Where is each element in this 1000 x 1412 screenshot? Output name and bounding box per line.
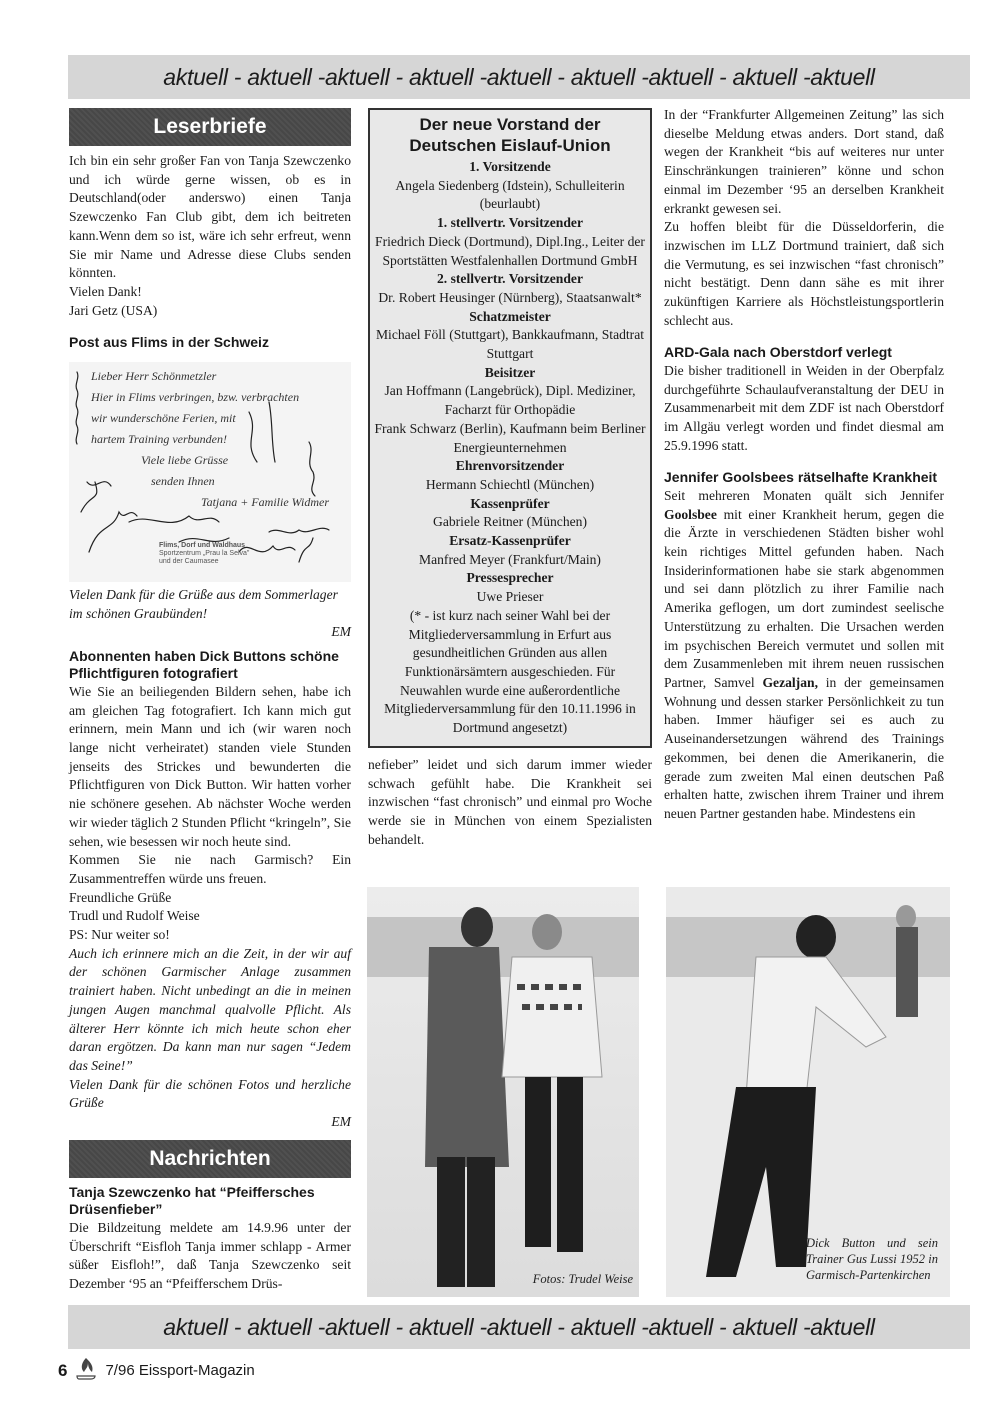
role-person: Gabriele Reitner (München) [374,513,646,532]
card-line: Lieber Herr Schönmetzler [91,366,329,387]
letter-ps: PS: Nur weiter so! [69,926,351,945]
letter-signature: Jari Getz (USA) [69,302,351,321]
role-label: 2. stellvertr. Vorsitzender [374,270,646,289]
column-middle: Der neue Vorstand der Deutschen Eislauf-… [368,108,652,849]
aktuell-banner-top: aktuell - aktuell -aktuell - aktuell -ak… [68,55,970,99]
photo-dick-button-skating: Dick Button und sein Trainer Gus Lussi 1… [666,887,950,1297]
role-label: Kassenprüfer [374,495,646,514]
editor-reply: Auch ich erinnere mich an die Zeit, in d… [69,945,351,1076]
photo-button-and-coach: Fotos: Trudel Weise [367,887,639,1297]
role-label: Ehrenvorsitzender [374,457,646,476]
vorstand-box: Der neue Vorstand der Deutschen Eislauf-… [368,108,652,748]
editor-initials: EM [69,623,351,642]
role-label: Ersatz-Kassenprüfer [374,532,646,551]
card-line: senden Ihnen [91,471,329,492]
card-line: Tatjana + Familie Widmer [91,492,329,513]
role-person: Friedrich Dieck (Dortmund), Dipl.Ing., L… [374,233,646,270]
headline-post-flims: Post aus Flims in der Schweiz [69,334,351,352]
card-print-line: und der Caumasee [159,558,249,566]
headline-szewczenko: Tanja Szewczenko hat “Pfeiffersches Drüs… [69,1184,351,1219]
card-line: hartem Training verbunden! [91,429,329,450]
letter-thanks: Vielen Dank! [69,283,351,302]
ard-body: Die bisher traditionell in Weiden in der… [664,362,944,456]
role-person: Michael Föll (Stuttgart), Bankkaufmann, … [374,326,646,363]
news-body: Die Bildzeitung meldete am 14.9.96 unter… [69,1219,351,1294]
letter-body: Kommen Sie nie nach Garmisch? Ein Zusamm… [69,851,351,888]
role-label: 1. stellvertr. Vorsitzender [374,214,646,233]
vorstand-footnote: (* - ist kurz nach seiner Wahl bei der M… [374,607,646,738]
column-left: Leserbriefe Ich bin ein sehr großer Fan … [69,108,351,1294]
aktuell-banner-bottom: aktuell - aktuell -aktuell - aktuell -ak… [68,1305,970,1349]
role-person: Manfred Meyer (Frankfurt/Main) [374,551,646,570]
role-person: Dr. Robert Heusinger (Nürnberg), Staatsa… [374,289,646,308]
card-print-line: Flims, Dorf und Waldhaus [159,542,249,550]
letter-body: Wie Sie an beiliegenden Bildern sehen, h… [69,683,351,851]
news-body-continued: nefieber” leidet und sich darum immer wi… [368,756,652,850]
role-label: Beisitzer [374,364,646,383]
card-line: wir wunderschöne Ferien, mit [91,408,329,429]
card-line: Viele liebe Grüsse [91,450,329,471]
editor-reply: Vielen Dank für die schönen Fotos und he… [69,1076,351,1113]
editor-initials: EM [69,1113,351,1132]
page-footer: 6 7/96 Eissport-Magazin [58,1356,255,1385]
section-title-leserbriefe: Leserbriefe [69,108,351,146]
role-person: Uwe Prieser [374,588,646,607]
faz-paragraph: In der “Frankfurter Allgemeinen Zeitung”… [664,106,944,218]
letter-body: Ich bin ein sehr großer Fan von Tanja Sz… [69,152,351,283]
role-person: Hermann Schiechtl (München) [374,476,646,495]
card-print-line: Sportzentrum „Prau la Selva" [159,550,249,558]
letter-greeting: Freundliche Grüße [69,889,351,908]
card-line: Hier in Flims verbringen, bzw. verbracht… [91,387,329,408]
letter-signature: Trudl und Rudolf Weise [69,907,351,926]
role-person: Frank Schwarz (Berlin), Kaufmann beim Be… [374,420,646,457]
role-label: Pressesprecher [374,569,646,588]
headline-goolsbee: Jennifer Goolsbees rätselhafte Krankheit [664,469,944,487]
vorstand-title: Der neue Vorstand der Deutschen Eislauf-… [374,114,646,156]
magazine-issue: 7/96 Eissport-Magazin [105,1362,254,1379]
role-label: Schatzmeister [374,308,646,327]
column-right: In der “Frankfurter Allgemeinen Zeitung”… [664,106,944,824]
skaters-photo-illustration [367,887,639,1297]
hope-paragraph: Zu hoffen bleibt für die Düsseldorferin,… [664,218,944,330]
postcard-image: Lieber Herr Schönmetzler Hier in Flims v… [69,362,351,582]
photo-credit: Fotos: Trudel Weise [533,1271,633,1287]
headline-ard-gala: ARD-Gala nach Oberstdorf verlegt [664,344,944,362]
page-number: 6 [58,1361,67,1381]
editor-reply: Vielen Dank für die Grüße aus dem Sommer… [69,586,351,623]
headline-dick-button: Abonnenten haben Dick Buttons schöne Pfl… [69,648,351,683]
goolsbee-body: Seit mehreren Monaten quält sich Jennife… [664,487,944,824]
role-label: 1. Vorsitzende [374,158,646,177]
section-title-nachrichten: Nachrichten [69,1140,351,1178]
photo-caption: Dick Button und sein Trainer Gus Lussi 1… [806,1235,938,1283]
role-person: Jan Hoffmann (Langebrück), Dipl. Medizin… [374,382,646,419]
skate-bird-logo-icon [75,1356,97,1385]
role-person: Angela Siedenberg (Idstein), Schulleiter… [374,177,646,214]
